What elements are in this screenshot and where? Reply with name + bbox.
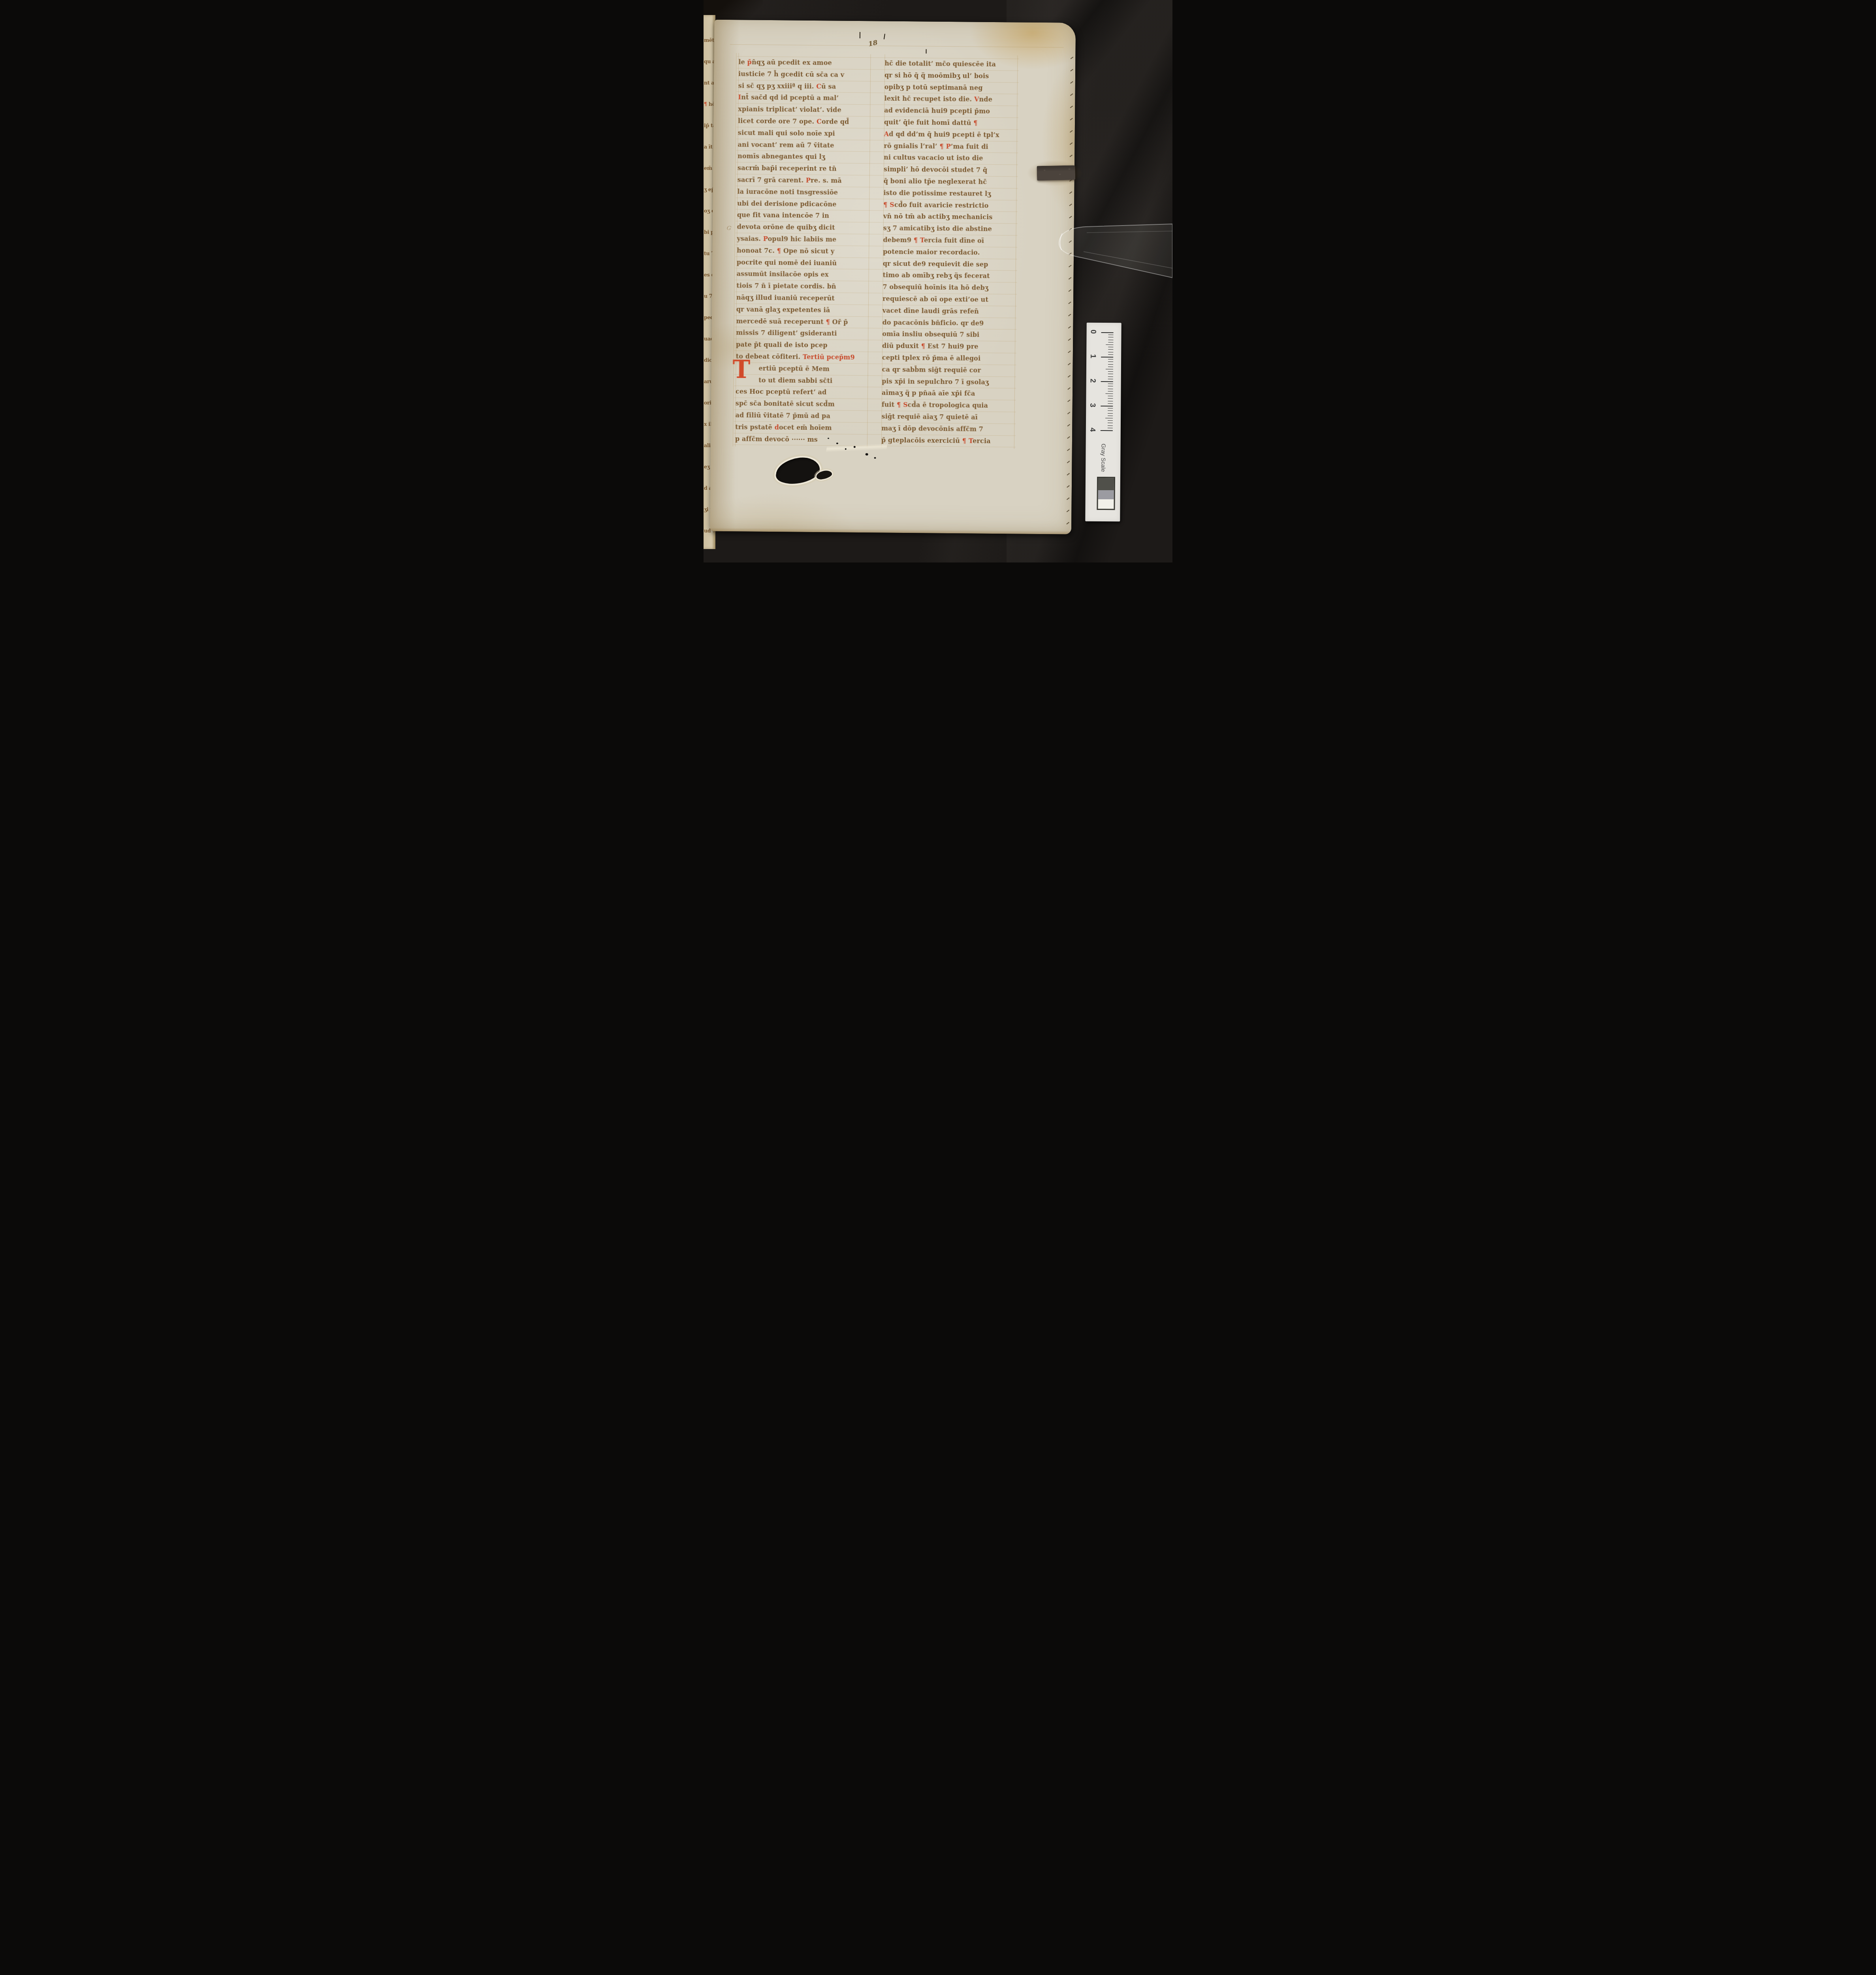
rubric-red-text: V [974, 95, 979, 103]
manuscript-line: requiescē ab oī ope exti’oe ut [882, 293, 1014, 306]
plastic-page-clip [1039, 215, 1172, 290]
worm-hole [866, 453, 868, 455]
ruler-ticks: 01234 [1087, 323, 1121, 323]
ruling-lines [714, 20, 1076, 23]
manuscript-line: maʒ ī dōp devocōnis affc̄m 7 [881, 422, 1013, 435]
rubric-red-text: C [817, 117, 822, 125]
illuminated-initial: T [732, 357, 750, 382]
manuscript-line: la iuracōne noti tnsgressiōe [737, 185, 869, 199]
rubric-red-text: T [920, 236, 924, 244]
rubric-red-text: P [806, 176, 811, 184]
manuscript-line: potencie maior recordacio. [883, 245, 1015, 259]
pen-mark [926, 49, 927, 53]
ruler-number: 0 [1089, 327, 1097, 336]
manuscript-line: ertiū pceptū ē Mem [736, 362, 867, 375]
worm-hole [854, 446, 856, 448]
rubric-red-text: ¶ [921, 342, 926, 350]
manuscript-line: debem9 ¶ Tercia fuit dīne oī [883, 234, 1015, 247]
rubric-red-text: C [816, 82, 821, 90]
rubric-red-text: A [884, 130, 889, 138]
manuscript-line: q̄ boni alio tp̄e neglexerat hc̄ [884, 175, 1016, 188]
manuscript-line: tris pstatē docet em̄ hoīem [735, 421, 867, 434]
manuscript-line: iusticie 7 h̄ gcedit cū sc̄a ca v [738, 68, 870, 81]
manuscript-line: qr si hō q̄ q̈ moōmibʒ ul’ bois [884, 69, 1016, 82]
rubric-red-text: Tertiū pcep̄m9 [803, 353, 855, 361]
parchment-crease [826, 432, 888, 463]
manuscript-line: quit’ q̄ie fuit homī dattū ¶ [884, 116, 1016, 130]
manuscript-page: 18 le p̄n̄qʒ aū pcedit ex amoeiusticie 7… [710, 20, 1076, 534]
worm-hole [836, 442, 838, 444]
manuscript-line: siḡt requiē aīaʒ 7 quietē aī [881, 410, 1013, 423]
manuscript-line: sicut mali qui solo noīe xpi [738, 126, 870, 140]
rubric-red-text: ¶ [826, 318, 830, 325]
worm-hole [874, 457, 876, 459]
manuscript-photo: mēta exqu aīq̄nt abcōe¶ hō nōip̄ tālʒa ī… [704, 0, 1172, 562]
gray-scale-label: Gray Scale [1100, 444, 1106, 472]
rubric-red-text: ¶ [973, 119, 978, 127]
manuscript-line: fuit ¶ Scd̄a ē tropologica quia [882, 399, 1014, 412]
manuscript-line: ysaias. Popul9 hic labiis me [737, 232, 869, 246]
rubric-red-text: d [775, 423, 779, 431]
text-column-left: le p̄n̄qʒ aū pcedit ex amoeiusticie 7 h̄… [735, 56, 871, 446]
worm-hole [845, 448, 847, 450]
manuscript-line: hc̄ die totalit’ mc̄o quiescēe ita [884, 57, 1016, 71]
manuscript-line: cepti tplex rō p̄ma ē allegoi [882, 352, 1014, 365]
manuscript-line: p̄ gteplacōis exerciciū ¶ Tercia [881, 434, 1013, 447]
rubric-red-text: P [946, 142, 951, 150]
rubric-red-text: P [763, 235, 768, 243]
rubric-red-text: I [738, 93, 741, 101]
worm-hole [828, 438, 829, 439]
ruler-number: 1 [1088, 352, 1097, 361]
rubric-red-text: ¶ [939, 142, 944, 150]
rubric-red-text: S [890, 201, 894, 209]
manuscript-line: to debeat cōfiteri. Tertiū pcep̄m9 [736, 350, 868, 363]
manuscript-line: sacrī 7 grā carent. Pre. s. mā [738, 173, 869, 187]
marginal-mark: G [726, 225, 732, 232]
rubric-red-text: ¶ [897, 401, 901, 408]
folio-number: 18 [867, 37, 888, 49]
manuscript-line: spc̄ sc̄a bonitatē sicut scd̄m [736, 397, 867, 410]
gray-scale-patch [1097, 477, 1115, 510]
rubric-red-text: ¶ [962, 436, 967, 444]
rubric-red-text: T [969, 436, 973, 444]
pricking-marks [714, 20, 1076, 23]
manuscript-line: honoat 7c. ¶ Ope nō sicut y [737, 244, 869, 258]
pen-mark [860, 32, 860, 38]
manuscript-line: Ad qd dd’m q̄ hui9 pcepti ē tpl’x [884, 128, 1016, 141]
manuscript-line: ca qr sabb̄m siḡt requiē cor [882, 363, 1014, 376]
rubric-red-text: ¶ [704, 101, 707, 107]
rubric-red-text: ¶ [914, 236, 918, 244]
rubric-red-text: S [903, 401, 908, 408]
parchment-hole [774, 455, 821, 485]
gray-scale-ruler: 01234 Gray Scale [1085, 323, 1121, 522]
bookmark-tab [1037, 165, 1076, 181]
manuscript-line: nāqʒ illud iuaniū receperūt [736, 291, 868, 305]
manuscript-line: vacet dīne laudi grās refen̄ [882, 304, 1014, 318]
folio-stub-fragment: mēta ex [704, 37, 715, 43]
rubric-red-text: ¶ [777, 246, 781, 254]
manuscript-line: qr vanā glaʒ expetentes iā [736, 303, 868, 316]
rubric-red-text: p̄ [747, 58, 752, 66]
manuscript-line: licet corde ore 7 ope. Corde qd̄ [738, 115, 870, 128]
rubric-red-text: ¶ [883, 200, 888, 208]
ruler-number: 4 [1088, 425, 1097, 434]
manuscript-line: ad filiū v̄itatē 7 p̄mū ad pa [735, 409, 867, 422]
ruler-number: 2 [1088, 376, 1097, 385]
text-column-right: hc̄ die totalit’ mc̄o quiescēe itaqr si … [881, 58, 1017, 447]
manuscript-line: isto die potissime restauret lʒ [883, 186, 1015, 200]
ruler-number: 3 [1088, 401, 1097, 410]
manuscript-line: le p̄n̄qʒ aū pcedit ex amoe [738, 56, 870, 69]
